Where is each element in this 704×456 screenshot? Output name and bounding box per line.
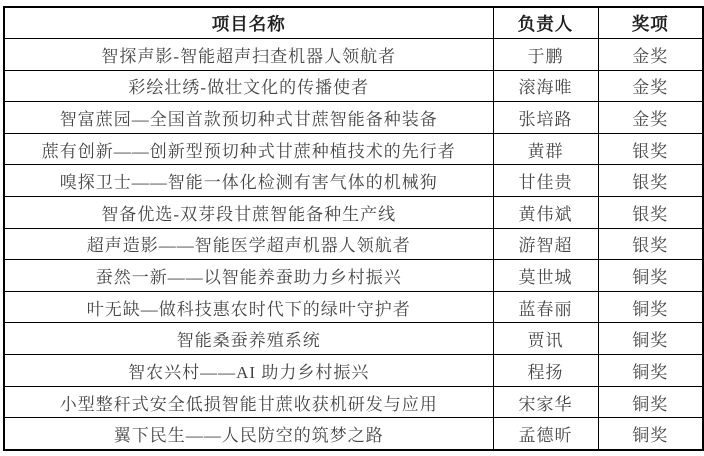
leader-cell: 滚海唯 [493,70,598,102]
column-header-award: 奖项 [598,7,703,39]
table-row: 翼下民生——人民防空的筑梦之路 孟德昕 铜奖 [4,418,703,450]
awards-table: 项目名称 负责人 奖项 智探声影-智能超声扫查机器人领航者 于鹏 金奖 彩绘壮绣… [3,6,704,451]
award-cell: 银奖 [598,133,703,165]
column-header-leader: 负责人 [493,7,598,39]
award-cell: 金奖 [598,102,703,134]
award-cell: 银奖 [598,228,703,260]
table-row: 智农兴村——AI 助力乡村振兴 程扬 铜奖 [4,355,703,387]
table-row: 智能桑蚕养殖系统 贾讯 铜奖 [4,323,703,355]
leader-cell: 黄伟斌 [493,197,598,229]
leader-cell: 蓝春丽 [493,291,598,323]
award-cell: 铜奖 [598,418,703,450]
table-row: 彩绘壮绣-做壮文化的传播使者 滚海唯 金奖 [4,70,703,102]
award-cell: 铜奖 [598,260,703,292]
leader-cell: 游智超 [493,228,598,260]
table-row: 超声造影——智能医学超声机器人领航者 游智超 银奖 [4,228,703,260]
project-cell: 翼下民生——人民防空的筑梦之路 [4,418,493,450]
award-cell: 铜奖 [598,386,703,418]
project-cell: 智农兴村——AI 助力乡村振兴 [4,355,493,387]
project-cell: 小型整秆式安全低损智能甘蔗收获机研发与应用 [4,386,493,418]
project-cell: 叶无缺—做科技惠农时代下的绿叶守护者 [4,291,493,323]
award-cell: 铜奖 [598,323,703,355]
award-cell: 银奖 [598,165,703,197]
leader-cell: 贾讯 [493,323,598,355]
project-cell: 嗅探卫士——智能一体化检测有害气体的机械狗 [4,165,493,197]
award-cell: 金奖 [598,70,703,102]
leader-cell: 孟德昕 [493,418,598,450]
leader-cell: 于鹏 [493,39,598,71]
project-cell: 智备优选-双芽段甘蔗智能备种生产线 [4,197,493,229]
table-row: 叶无缺—做科技惠农时代下的绿叶守护者 蓝春丽 铜奖 [4,291,703,323]
table-row: 嗅探卫士——智能一体化检测有害气体的机械狗 甘佳贵 银奖 [4,165,703,197]
table-row: 小型整秆式安全低损智能甘蔗收获机研发与应用 宋家华 铜奖 [4,386,703,418]
award-cell: 铜奖 [598,291,703,323]
project-cell: 超声造影——智能医学超声机器人领航者 [4,228,493,260]
project-cell: 智能桑蚕养殖系统 [4,323,493,355]
awards-table-container: 项目名称 负责人 奖项 智探声影-智能超声扫查机器人领航者 于鹏 金奖 彩绘壮绣… [3,6,702,451]
leader-cell: 宋家华 [493,386,598,418]
project-cell: 智探声影-智能超声扫查机器人领航者 [4,39,493,71]
project-cell: 蔗有创新——创新型预切种式甘蔗种植技术的先行者 [4,133,493,165]
project-cell: 智富蔗园—全国首款预切种式甘蔗智能备种装备 [4,102,493,134]
table-header-row: 项目名称 负责人 奖项 [4,7,703,39]
table-row: 蔗有创新——创新型预切种式甘蔗种植技术的先行者 黄群 银奖 [4,133,703,165]
table-row: 蚕然一新——以智能养蚕助力乡村振兴 莫世城 铜奖 [4,260,703,292]
leader-cell: 程扬 [493,355,598,387]
award-cell: 银奖 [598,197,703,229]
leader-cell: 张培路 [493,102,598,134]
leader-cell: 黄群 [493,133,598,165]
leader-cell: 甘佳贵 [493,165,598,197]
table-row: 智探声影-智能超声扫查机器人领航者 于鹏 金奖 [4,39,703,71]
leader-cell: 莫世城 [493,260,598,292]
project-cell: 蚕然一新——以智能养蚕助力乡村振兴 [4,260,493,292]
table-row: 智备优选-双芽段甘蔗智能备种生产线 黄伟斌 银奖 [4,197,703,229]
award-cell: 铜奖 [598,355,703,387]
project-cell: 彩绘壮绣-做壮文化的传播使者 [4,70,493,102]
column-header-project: 项目名称 [4,7,493,39]
table-row: 智富蔗园—全国首款预切种式甘蔗智能备种装备 张培路 金奖 [4,102,703,134]
award-cell: 金奖 [598,39,703,71]
